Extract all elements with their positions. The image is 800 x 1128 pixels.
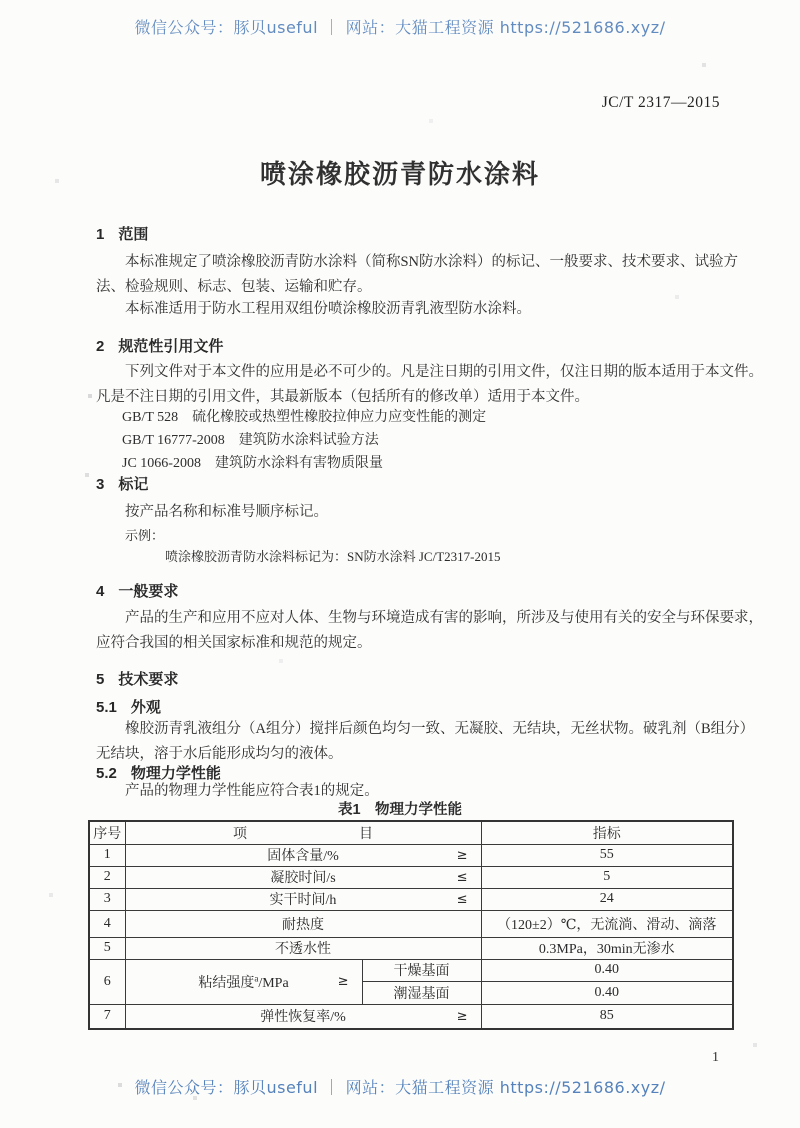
header-item: 项 目: [125, 821, 481, 844]
table-1-caption: 表1 物理力学性能: [0, 800, 800, 820]
section-3-title: 标记: [118, 476, 148, 493]
section-1-paragraph-1: 本标准规定了喷涂橡胶沥青防水涂料（简称SN防水涂料）的标记、一般要求、技术要求、…: [96, 250, 740, 300]
gte-symbol: ≥: [450, 1009, 468, 1024]
reference-item: JC 1066-2008 建筑防水涂料有害物质限量: [96, 452, 740, 475]
section-5-title: 技术要求: [118, 671, 178, 688]
bond-strength-label: 粘结强度a/MPa: [198, 972, 288, 992]
gte-symbol: ≥: [450, 848, 468, 863]
section-5-1-heading: 5.1外观: [96, 697, 740, 719]
section-4-number: 4: [96, 581, 104, 603]
section-1-title: 范围: [118, 226, 148, 243]
sub-row-label: 潮湿基面: [362, 981, 481, 1004]
scanned-document-page: 微信公众号：豚贝useful ｜ 网站：大猫工程资源 https://52168…: [0, 0, 800, 1128]
reference-item: GB/T 16777-2008 建筑防水涂料试验方法: [96, 429, 740, 452]
section-2-number: 2: [96, 336, 104, 358]
section-5-heading: 5技术要求: [96, 669, 740, 691]
section-4-title: 一般要求: [118, 583, 178, 600]
lte-symbol: ≤: [449, 892, 467, 907]
table-row: 6 粘结强度a/MPa≥ 干燥基面 0.40: [89, 959, 733, 981]
gte-symbol: ≥: [331, 974, 349, 989]
table-1-physical-properties: 序号 项 目 指标 1 固体含量/%≥ 55 2 凝胶时间/s≤ 5 3 实干时…: [88, 820, 734, 1030]
section-2-paragraph-1: 下列文件对于本文件的应用是必不可少的。凡是注日期的引用文件，仅注日期的版本适用于…: [96, 360, 740, 410]
section-4-paragraph-1: 产品的生产和应用不应对人体、生物与环境造成有害的影响，所涉及与使用有关的安全与环…: [96, 606, 740, 656]
table-row: 3 实干时间/h≤ 24: [89, 888, 733, 910]
section-3-number: 3: [96, 474, 104, 496]
reference-item: GB/T 528 硫化橡胶或热塑性橡胶拉伸应力应变性能的测定: [96, 406, 740, 429]
section-1-heading: 1范围: [96, 224, 740, 246]
section-4-heading: 4一般要求: [96, 581, 740, 603]
section-2-title: 规范性引用文件: [118, 338, 223, 355]
section-3-paragraph-1: 按产品名称和标准号顺序标记。: [96, 500, 740, 525]
header-spec: 指标: [481, 821, 733, 844]
section-5-1-paragraph-1: 橡胶沥青乳液组分（A组分）搅拌后颜色均匀一致、无凝胶、无结块，无丝状物。破乳剂（…: [96, 717, 740, 767]
table-row: 2 凝胶时间/s≤ 5: [89, 866, 733, 888]
scan-noise: [0, 0, 2, 2]
table-header-row: 序号 项 目 指标: [89, 821, 733, 844]
section-2-references: GB/T 528 硫化橡胶或热塑性橡胶拉伸应力应变性能的测定 GB/T 1677…: [96, 406, 740, 475]
table-row: 4 耐热度 （120±2）℃，无流淌、滑动、滴落: [89, 910, 733, 937]
section-5-1-number: 5.1: [96, 697, 117, 719]
section-2-heading: 2规范性引用文件: [96, 336, 740, 358]
example-text: 喷涂橡胶沥青防水涂料标记为：SN防水涂料 JC/T2317-2015: [96, 548, 800, 566]
page-number: 1: [712, 1048, 719, 1068]
document-title: 喷涂橡胶沥青防水涂料: [0, 157, 800, 191]
section-1-number: 1: [96, 224, 104, 246]
section-1-paragraph-2: 本标准适用于防水工程用双组份喷涂橡胶沥青乳液型防水涂料。: [96, 297, 740, 322]
table-row: 5 不透水性 0.3MPa，30min无渗水: [89, 937, 733, 959]
sub-row-label: 干燥基面: [362, 959, 481, 981]
table-row: 7 弹性恢复率/%≥ 85: [89, 1004, 733, 1029]
watermark-top: 微信公众号：豚贝useful ｜ 网站：大猫工程资源 https://52168…: [0, 18, 800, 38]
table-row: 1 固体含量/%≥ 55: [89, 844, 733, 866]
section-3-heading: 3标记: [96, 474, 740, 496]
watermark-bottom: 微信公众号：豚贝useful ｜ 网站：大猫工程资源 https://52168…: [0, 1078, 800, 1098]
section-5-number: 5: [96, 669, 104, 691]
lte-symbol: ≤: [450, 870, 468, 885]
standard-code: JC/T 2317—2015: [602, 94, 720, 112]
example-label: 示例：: [96, 527, 769, 545]
header-no: 序号: [89, 821, 125, 844]
section-5-1-title: 外观: [131, 699, 161, 716]
